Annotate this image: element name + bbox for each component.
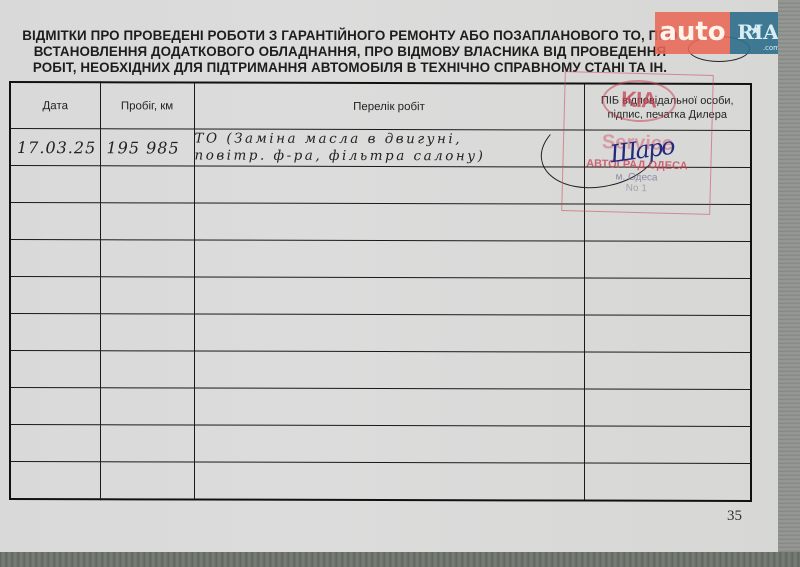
cell-date — [10, 388, 100, 425]
cell-works — [194, 240, 584, 278]
works-line-1: ТО (Заміна масла в двигуні, — [195, 131, 584, 149]
cell-mileage — [100, 166, 194, 203]
autoria-watermark: auto ★ RIA .com — [655, 12, 786, 54]
cell-dealer-signature — [584, 241, 751, 278]
table-row — [10, 277, 751, 316]
service-book-page: ВІДМІТКИ ПРО ПРОВЕДЕНІ РОБОТИ З ГАРАНТІЙ… — [0, 0, 778, 552]
table-row — [10, 351, 751, 390]
cell-mileage — [100, 351, 194, 388]
star-icon: ★ — [750, 10, 761, 50]
page-edge-bottom — [0, 552, 800, 567]
cell-date — [10, 166, 100, 203]
works-line-1 — [195, 444, 584, 445]
cell-mileage — [100, 277, 194, 314]
works-line-2 — [195, 370, 584, 371]
page-heading: ВІДМІТКИ ПРО ПРОВЕДЕНІ РОБОТИ З ГАРАНТІЙ… — [10, 28, 690, 76]
cell-mileage — [100, 240, 194, 277]
column-header-works: Перелік робіт — [194, 83, 584, 131]
cell-date — [10, 240, 100, 277]
works-line-2 — [195, 481, 584, 482]
works-line-1 — [195, 185, 584, 186]
works-line-1 — [195, 407, 584, 408]
works-line-2 — [195, 222, 584, 223]
page-edge-right — [778, 0, 800, 567]
cell-works — [194, 203, 584, 241]
works-line-2 — [195, 407, 584, 408]
cell-mileage — [100, 388, 194, 425]
works-line-2 — [195, 259, 584, 260]
cell-date — [10, 314, 100, 351]
cell-date — [10, 462, 100, 500]
table-row — [10, 240, 751, 279]
cell-dealer-signature — [584, 278, 751, 315]
table-row — [10, 462, 751, 501]
cell-works — [194, 425, 584, 463]
cell-works — [194, 314, 584, 352]
works-line-1 — [195, 296, 584, 297]
cell-works — [194, 462, 584, 501]
works-line-1 — [195, 259, 584, 260]
cell-date — [10, 351, 100, 388]
table-row — [10, 314, 751, 353]
works-line-1 — [195, 370, 584, 371]
table-row — [10, 388, 751, 427]
works-line-2: повітр. ф-ра, фільтра салону) — [195, 148, 584, 166]
cell-dealer-signature — [584, 204, 751, 241]
works-line-2 — [195, 185, 584, 186]
works-line-1 — [195, 333, 584, 334]
table-row — [10, 203, 751, 242]
cell-date — [10, 203, 100, 240]
cell-works — [194, 277, 584, 315]
cell-dealer-signature — [584, 315, 751, 352]
page-number: 35 — [727, 508, 742, 525]
cell-works — [194, 351, 584, 389]
cell-dealer-signature — [584, 463, 751, 501]
cell-mileage — [100, 203, 194, 240]
cell-date — [10, 425, 100, 462]
cell-works — [194, 388, 584, 426]
cell-works — [194, 166, 584, 204]
heading-line-3: РОБІТ, НЕОБХІДНИХ ДЛЯ ПІДТРИМАННЯ АВТОМО… — [10, 60, 690, 76]
works-line-2 — [195, 444, 584, 445]
cell-date: 17.03.25 — [10, 129, 100, 166]
cell-mileage — [100, 425, 194, 462]
works-line-2 — [195, 296, 584, 297]
cell-mileage — [100, 462, 194, 500]
cell-dealer-signature — [584, 352, 751, 389]
heading-line-2: ВСТАНОВЛЕННЯ ДОДАТКОВОГО ОБЛАДНАННЯ, ПРО… — [10, 44, 690, 60]
watermark-auto: auto — [655, 12, 730, 54]
table-row — [10, 425, 751, 464]
cell-works: ТО (Заміна масла в двигуні,повітр. ф-ра,… — [194, 129, 584, 167]
cell-dealer-signature — [584, 389, 751, 426]
works-line-1 — [195, 481, 584, 482]
column-header-date: Дата — [10, 82, 100, 129]
cell-date — [10, 277, 100, 314]
works-line-2 — [195, 333, 584, 334]
cell-mileage: 195 985 — [100, 129, 194, 166]
heading-line-1: ВІДМІТКИ ПРО ПРОВЕДЕНІ РОБОТИ З ГАРАНТІЙ… — [10, 28, 690, 44]
cell-dealer-signature — [584, 426, 751, 463]
cell-mileage — [100, 314, 194, 351]
column-header-mileage: Пробіг, км — [100, 82, 194, 129]
works-line-1 — [195, 222, 584, 223]
